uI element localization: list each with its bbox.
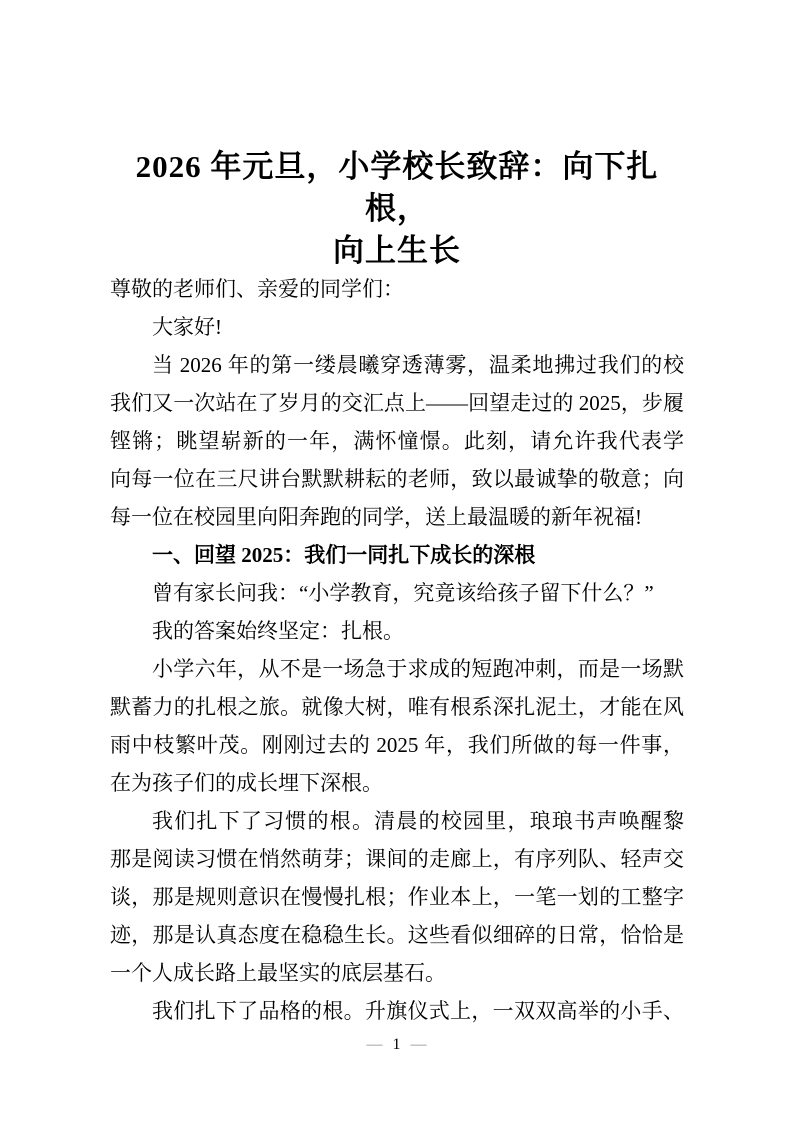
body-line: 雨中枝繁叶茂。刚刚过去的 2025 年，我们所做的每一件事，都 <box>110 726 684 764</box>
body-line: 我们又一次站在了岁月的交汇点上——回望走过的 2025，步履 <box>110 384 684 422</box>
footer-dash-right: — <box>401 1036 437 1053</box>
body-line: 大家好! <box>110 308 684 346</box>
footer-dash-left: — <box>357 1036 393 1053</box>
body-line: 我们扎下了品格的根。升旗仪式上，一双双高举的小手、 <box>110 992 684 1030</box>
body-line: 小学六年，从不是一场急于求成的短跑冲刺，而是一场默 <box>110 650 684 688</box>
body-line: 铿锵；眺望崭新的一年，满怀憧憬。此刻，请允许我代表学校， <box>110 422 684 460</box>
document-title-line-2: 向上生长 <box>108 230 686 272</box>
section-heading: 一、回望 2025：我们一同扎下成长的深根 <box>110 536 684 574</box>
page-footer: —1— <box>0 1034 793 1056</box>
document-page: 2026 年元旦，小学校长致辞：向下扎根， 向上生长 尊敬的老师们、亲爱的同学们… <box>0 0 793 1122</box>
document-body: 尊敬的老师们、亲爱的同学们： 大家好! 当 2026 年的第一缕晨曦穿透薄雾，温… <box>110 270 684 1030</box>
document-title: 2026 年元旦，小学校长致辞：向下扎根， 向上生长 <box>108 146 686 272</box>
salutation-line: 尊敬的老师们、亲爱的同学们： <box>110 270 684 308</box>
body-line: 我们扎下了习惯的根。清晨的校园里，琅琅书声唤醒黎明， <box>110 802 684 840</box>
body-line: 向每一位在三尺讲台默默耕耘的老师，致以最诚挚的敬意；向 <box>110 460 684 498</box>
body-line: 一个人成长路上最坚实的底层基石。 <box>110 954 684 992</box>
body-line: 曾有家长问我：“小学教育，究竟该给孩子留下什么？” <box>110 574 684 612</box>
body-line: 当 2026 年的第一缕晨曦穿透薄雾，温柔地拂过我们的校园， <box>110 346 684 384</box>
body-line: 谈，那是规则意识在慢慢扎根；作业本上，一笔一划的工整字 <box>110 878 684 916</box>
body-line: 我的答案始终坚定：扎根。 <box>110 612 684 650</box>
body-line: 迹，那是认真态度在稳稳生长。这些看似细碎的日常，恰恰是 <box>110 916 684 954</box>
body-line: 在为孩子们的成长埋下深根。 <box>110 764 684 802</box>
body-line: 每一位在校园里向阳奔跑的同学，送上最温暖的新年祝福! <box>110 498 684 536</box>
page-number: 1 <box>393 1036 401 1053</box>
document-title-line-1: 2026 年元旦，小学校长致辞：向下扎根， <box>108 146 686 230</box>
body-line: 那是阅读习惯在悄然萌芽；课间的走廊上，有序列队、轻声交 <box>110 840 684 878</box>
body-line: 默蓄力的扎根之旅。就像大树，唯有根系深扎泥土，才能在风 <box>110 688 684 726</box>
